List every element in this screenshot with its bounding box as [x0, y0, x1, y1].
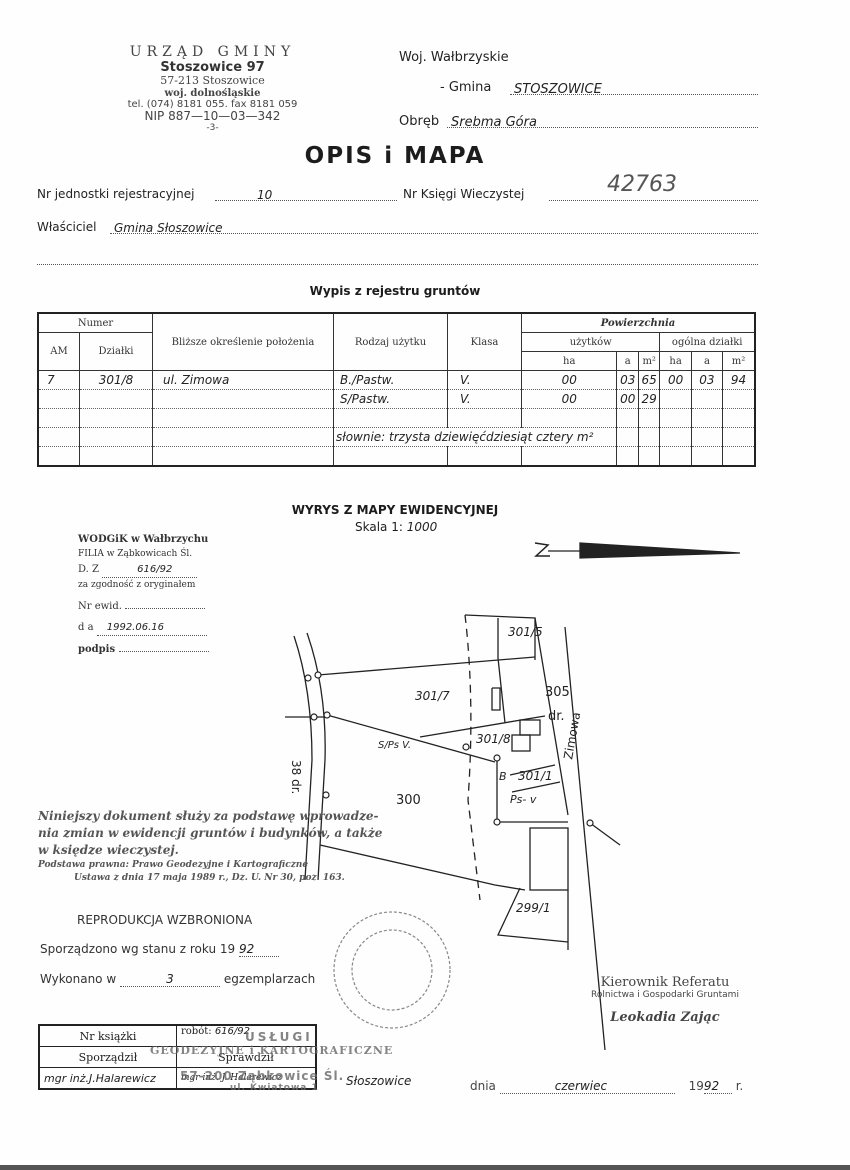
label-301-1: 301/1	[518, 769, 553, 783]
copies-label: Wykonano w	[40, 972, 116, 986]
date-value: czerwiec	[500, 1079, 675, 1094]
scan-edge	[0, 1165, 850, 1170]
head-name: Leokadia Zając	[575, 1010, 755, 1025]
copies-line: Wykonano w 3 egzemplarzach	[40, 972, 315, 987]
wodgik-line: FILIA w Ząbkowicach Śl.	[78, 547, 209, 562]
year-value: 92	[704, 1079, 732, 1094]
state-value: 92	[239, 942, 279, 957]
date-label: d a	[78, 622, 94, 633]
head-stamp: Kierownik Referatu Rolnictwa i Gospodark…	[575, 975, 755, 1025]
label-ps: Ps- v	[510, 793, 537, 806]
north-arrow-icon	[535, 543, 740, 558]
sign-label: podpis	[78, 644, 115, 655]
label-301-8: 301/8	[476, 732, 511, 746]
label-299-1: 299/1	[516, 901, 551, 915]
label-300: 300	[396, 793, 421, 808]
dz-value: 616/92	[102, 562, 197, 578]
dz-label: D. Z	[78, 564, 99, 575]
wodgik-line: za zgodność z oryginałem	[78, 578, 209, 593]
notice-line: Niniejszy dokument służy za podstawę wpr…	[38, 808, 382, 825]
legal-basis: Ustawa z dnia 17 maja 1989 r., Dz. U. Nr…	[38, 872, 382, 885]
reproduction-notice: REPRODUKCJA WZBRONIONA	[77, 913, 252, 927]
label-b: B	[499, 770, 507, 783]
notice-line: nia zmian w ewidencji gruntów i budynków…	[38, 825, 382, 842]
legal-basis: Podstawa prawna: Prawo Geodezyjne i Kart…	[38, 859, 382, 872]
place: Słoszowice	[346, 1074, 411, 1088]
date-line: dnia czerwiec 1992 r.	[470, 1079, 743, 1094]
copies-value: 3	[120, 972, 220, 987]
notice-line: w księdze wieczystej.	[38, 842, 382, 859]
label-301-5: 301/5	[508, 625, 543, 639]
label-sps-v: S/Ps V.	[378, 740, 411, 751]
wodgik-stamp: WODGiK w Wałbrzychu FILIA w Ząbkowicach …	[78, 532, 209, 657]
label-dr: dr.	[548, 709, 565, 724]
ewid-label: Nr ewid.	[78, 601, 122, 612]
label-road-38: 38 dr.	[289, 760, 303, 794]
copies-suffix: egzemplarzach	[224, 972, 315, 986]
wodgik-line: WODGiK w Wałbrzychu	[78, 532, 209, 547]
legal-notice: Niniejszy dokument służy za podstawę wpr…	[38, 808, 382, 885]
state-line: Sporządzono wg stanu z roku 19 92	[40, 942, 279, 957]
signature	[119, 651, 209, 652]
date-value: 1992.06.16	[97, 620, 207, 636]
state-label: Sporządzono wg stanu z roku 19	[40, 942, 235, 956]
label-305: 305	[545, 685, 570, 700]
label-301-7: 301/7	[415, 689, 450, 703]
municipal-seal-icon	[334, 912, 450, 1028]
date-label: dnia	[470, 1079, 496, 1093]
